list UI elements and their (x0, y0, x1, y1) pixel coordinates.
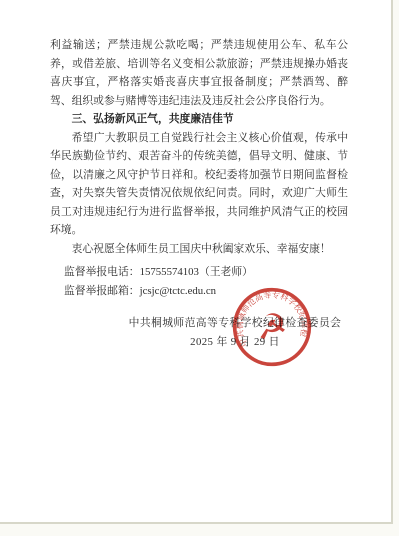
document-body: 利益输送；严禁违规公款吃喝；严禁违规使用公车、私车公养，或借差旅、培训等名义变相… (50, 36, 348, 258)
paragraph-prohibitions: 利益输送；严禁违规公款吃喝；严禁违规使用公车、私车公养，或借差旅、培训等名义变相… (50, 36, 348, 110)
document-page: 利益输送；严禁违规公款吃喝；严禁违规使用公车、私车公养，或借差旅、培训等名义变相… (0, 0, 393, 524)
hammer-sickle-emblem-icon: ☭ (255, 306, 290, 349)
official-red-seal: 中共桐城师范高等专科学校纪律检查委员会 ☭ (227, 282, 317, 372)
report-phone-line: 监督举报电话：15755574103（王老师） (64, 263, 354, 282)
contact-block: 监督举报电话：15755574103（王老师） 监督举报邮箱：jcsjc@tct… (64, 263, 354, 301)
scanned-document-view: 利益输送；严禁违规公款吃喝；严禁违规使用公车、私车公养，或借差旅、培训等名义变相… (0, 0, 399, 536)
section-heading: 三、弘扬新风正气，共度廉洁佳节 (50, 110, 348, 129)
holiday-wish-line: 衷心祝愿全体师生员工国庆中秋阖家欢乐、幸福安康！ (50, 240, 348, 259)
paragraph-advocacy: 希望广大教职员工自觉践行社会主义核心价值观，传承中华民族勤俭节约、艰苦奋斗的传统… (50, 129, 348, 240)
report-email-line: 监督举报邮箱：jcsjc@tctc.edu.cn (64, 282, 354, 301)
